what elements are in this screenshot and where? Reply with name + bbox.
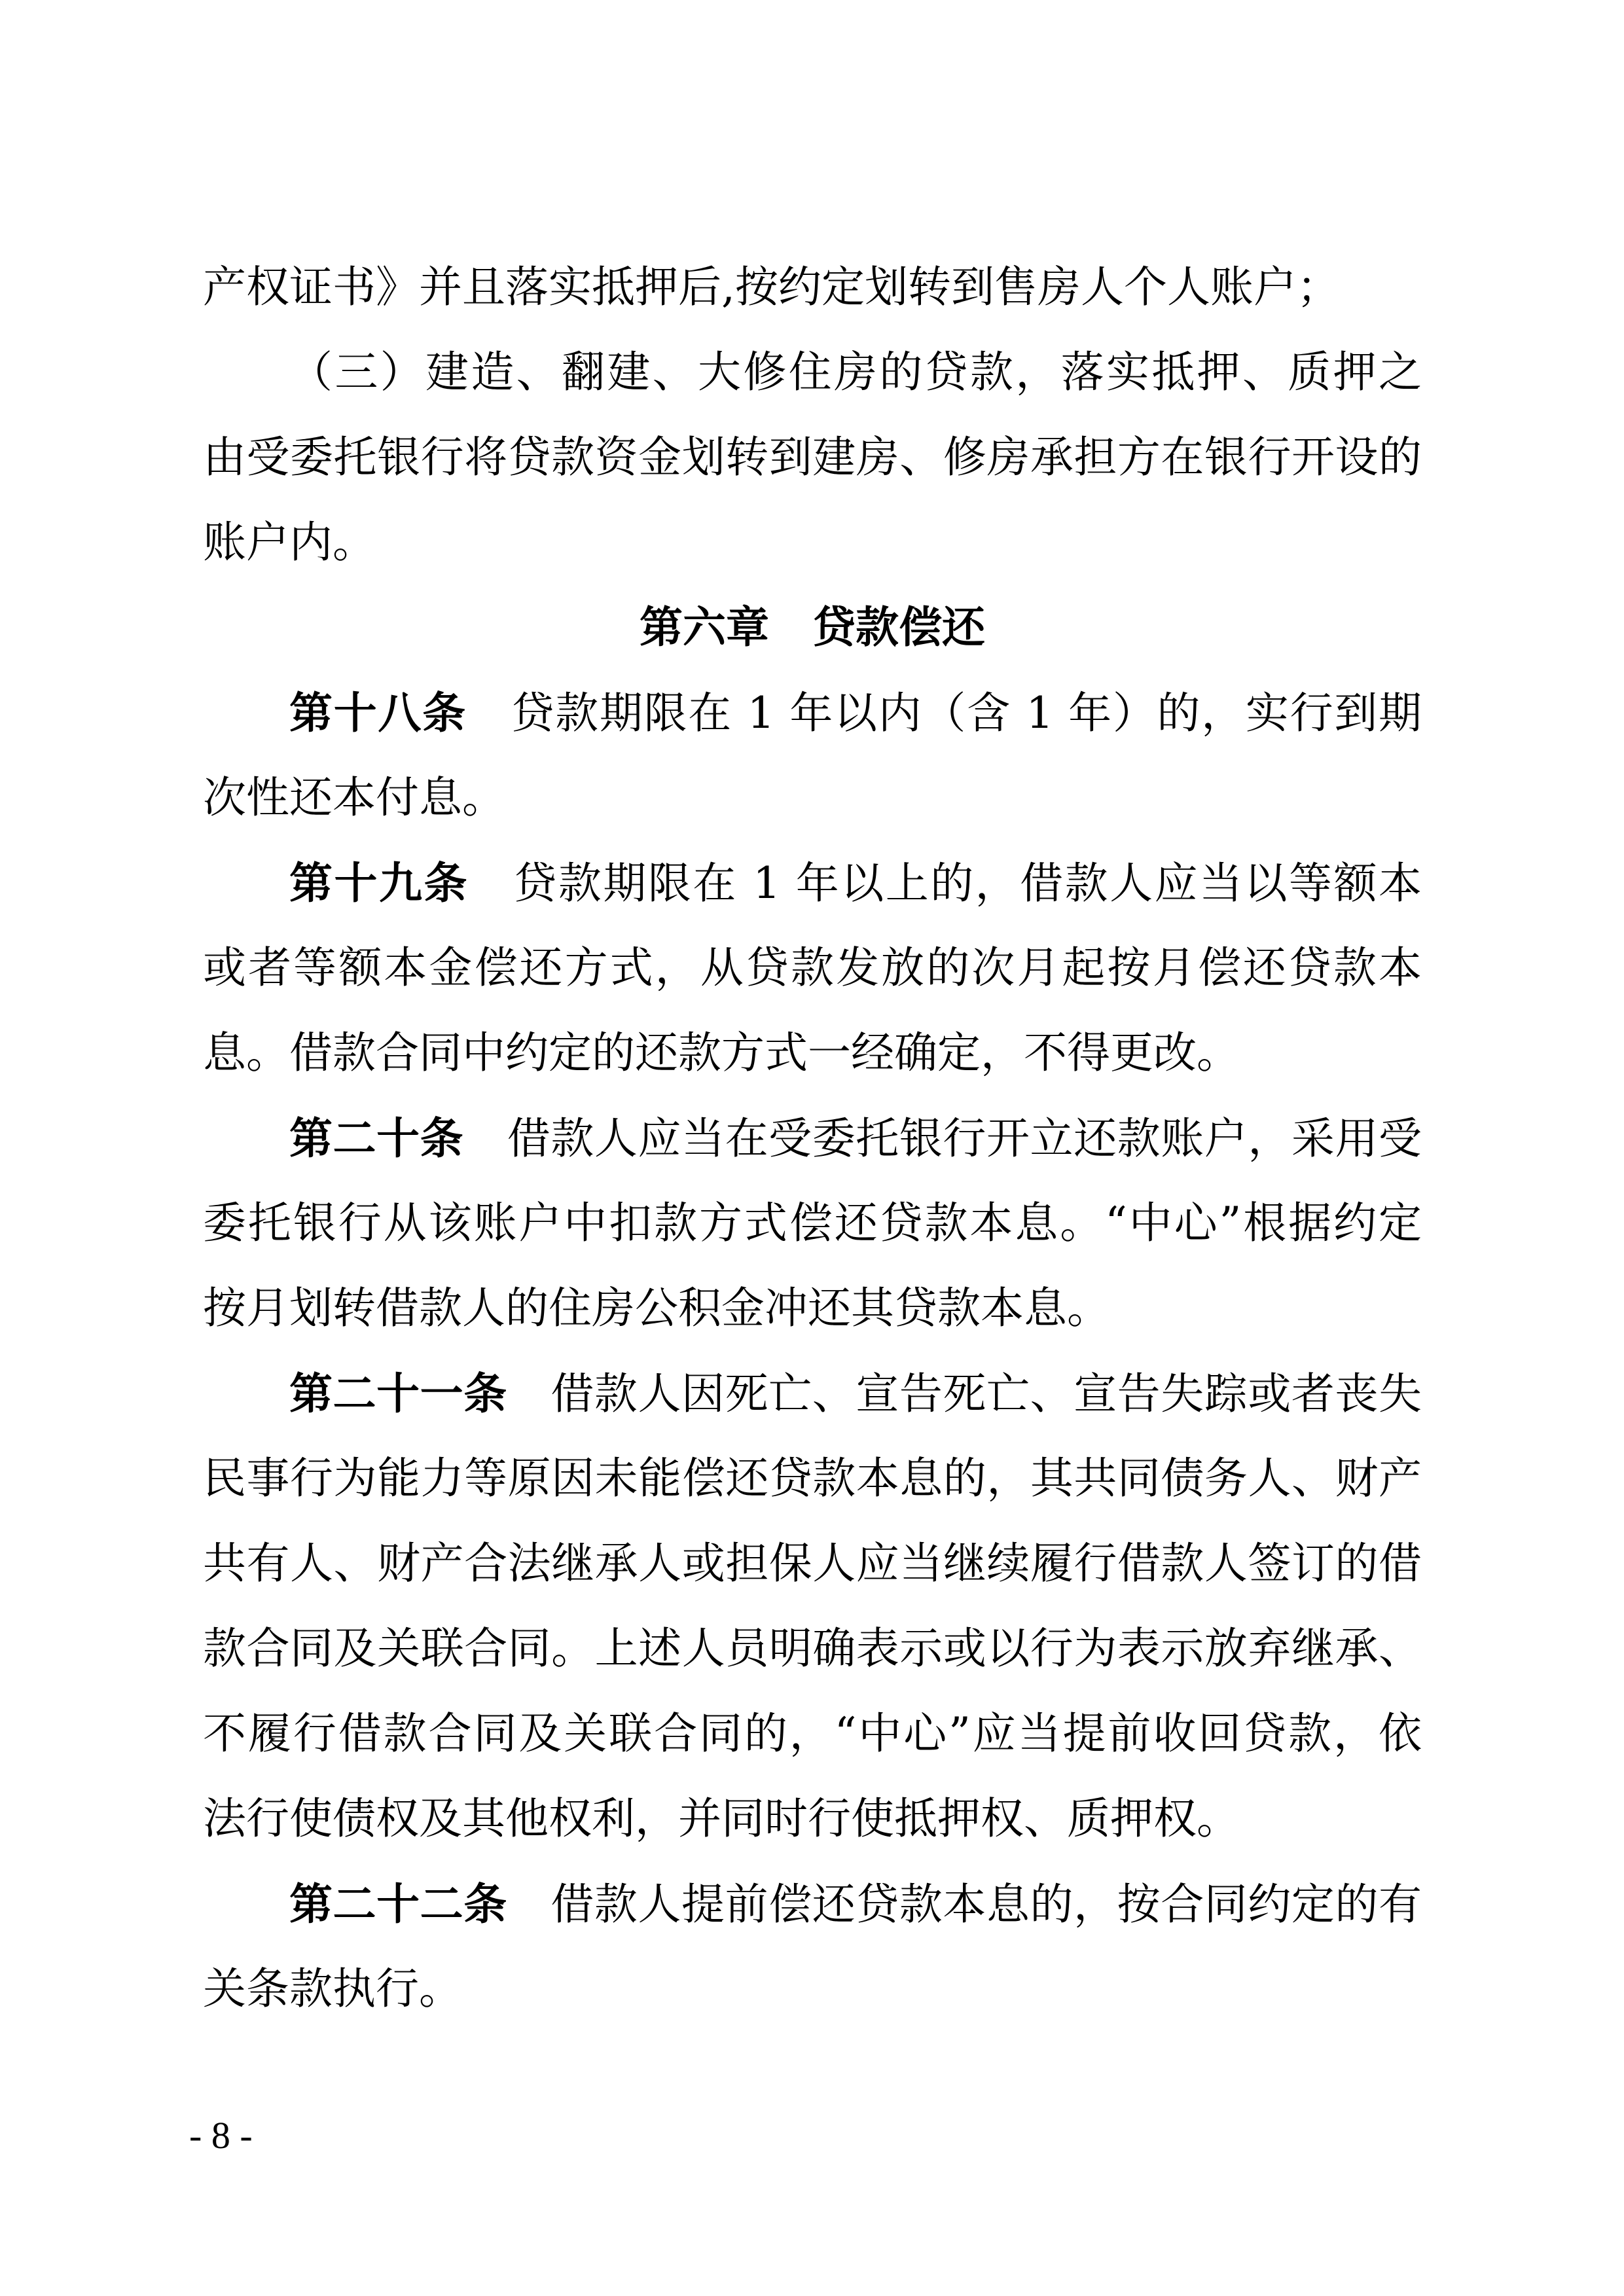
paragraph-end-line: 账户内。 (203, 500, 1422, 585)
article-20-number: 第二十条 (289, 1113, 463, 1164)
chapter-heading: 第六章 贷款偿还 (203, 585, 1422, 670)
article-20-text: 借款人应当在受委托银行开立还款账户，采用受 (463, 1113, 1422, 1164)
article-20-line: 第二十条 借款人应当在受委托银行开立还款账户，采用受 (203, 1096, 1422, 1181)
paragraph-end-line: 次性还本付息。 (203, 755, 1422, 840)
article-19-number: 第十九条 (289, 857, 469, 908)
page-number: - 8 - (189, 2114, 253, 2157)
paragraph-end-line: 按月划转借款人的住房公积金冲还其贷款本息。 (203, 1266, 1422, 1351)
document-line: 不履行借款合同及关联合同的，“中心”应当提前收回贷款，依 (203, 1691, 1422, 1776)
page-footer: - 8 - (189, 2117, 253, 2155)
article-22-text: 借款人提前偿还贷款本息的，按合同约定的有 (507, 1879, 1422, 1929)
article-19-line: 第十九条 贷款期限在 1 年以上的，借款人应当以等额本息 (203, 840, 1422, 925)
article-22-number: 第二十二条 (289, 1878, 507, 1929)
article-21-number: 第二十一条 (289, 1368, 507, 1419)
paragraph-continuation-line: 产权证书》并且落实抵押后,按约定划转到售房人个人账户； (203, 245, 1422, 330)
document-line: 民事行为能力等原因未能偿还贷款本息的，其共同债务人、财产 (203, 1436, 1422, 1521)
article-18-number: 第十八条 (289, 687, 467, 738)
document-line: 由受委托银行将贷款资金划转到建房、修房承担方在银行开设的 (203, 415, 1422, 500)
article-22-line: 第二十二条 借款人提前偿还贷款本息的，按合同约定的有 (203, 1861, 1422, 1946)
article-21-text: 借款人因死亡、宣告死亡、宣告失踪或者丧失 (507, 1369, 1422, 1419)
article-18-line: 第十八条 贷款期限在 1 年以内（含 1 年）的，实行到期一 (203, 670, 1422, 755)
list-item-three-line: （三）建造、翻建、大修住房的贷款，落实抵押、质押之后， (203, 330, 1422, 415)
document-line: 委托银行从该账户中扣款方式偿还贷款本息。“中心”根据约定 (203, 1181, 1422, 1266)
document-body: 产权证书》并且落实抵押后,按约定划转到售房人个人账户； （三）建造、翻建、大修住… (203, 245, 1422, 2032)
document-line: 款合同及关联合同。上述人员明确表示或以行为表示放弃继承、 (203, 1606, 1422, 1691)
paragraph-end-line: 息。借款合同中约定的还款方式一经确定，不得更改。 (203, 1011, 1422, 1096)
article-21-line: 第二十一条 借款人因死亡、宣告死亡、宣告失踪或者丧失 (203, 1351, 1422, 1436)
paragraph-end-line: 关条款执行。 (203, 1946, 1422, 2032)
document-line: 共有人、财产合法继承人或担保人应当继续履行借款人签订的借 (203, 1521, 1422, 1606)
document-page: 产权证书》并且落实抵押后,按约定划转到售房人个人账户； （三）建造、翻建、大修住… (0, 0, 1624, 2296)
document-line: 或者等额本金偿还方式，从贷款发放的次月起按月偿还贷款本 (203, 925, 1422, 1011)
paragraph-end-line: 法行使债权及其他权利，并同时行使抵押权、质押权。 (203, 1776, 1422, 1861)
